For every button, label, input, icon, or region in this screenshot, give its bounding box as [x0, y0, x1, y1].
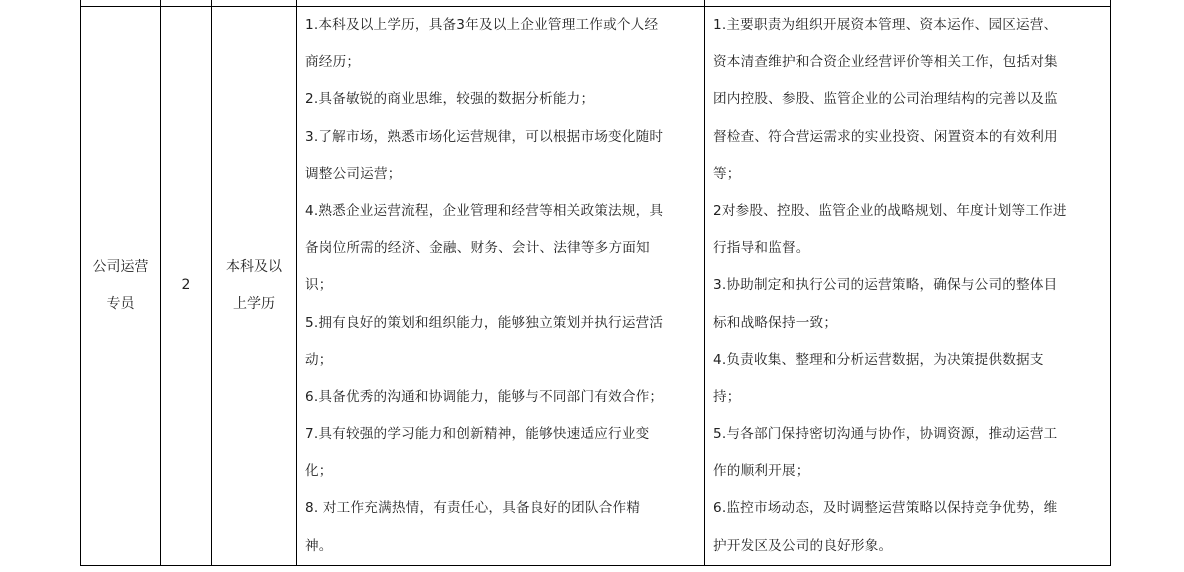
duty-line: 行指导和监督。 [713, 230, 1104, 267]
duty-line: 等； [713, 156, 1104, 193]
duty-line: 3.协助制定和执行公司的运营策略，确保与公司的整体目 [713, 267, 1104, 304]
requirement-line: 8. 对工作充满热情，有责任心，具备良好的团队合作精 [305, 490, 698, 527]
position-line: 专员 [81, 286, 160, 323]
duty-line: 持； [713, 379, 1104, 416]
requirement-line: 7.具有较强的学习能力和创新精神，能够快速适应行业变 [305, 416, 698, 453]
requirements-cell: 1.本科及以上学历，具备3年及以上企业管理工作或个人经商经历；2.具备敏锐的商业… [297, 7, 705, 566]
requirement-line: 商经历； [305, 44, 698, 81]
table-row: 公司运营 专员 2 本科及以 上学历 1.本科及以上学历，具备3年及以上企业管理… [81, 7, 1111, 566]
requirement-line: 化； [305, 453, 698, 490]
duty-line: 6.监控市场动态，及时调整运营策略以保持竞争优势，维 [713, 490, 1104, 527]
position-cell: 公司运营 专员 [81, 7, 161, 566]
duty-line: 5.与各部门保持密切沟通与协作，协调资源，推动运营工 [713, 416, 1104, 453]
headcount-cell: 2 [161, 7, 212, 566]
duty-line: 督检查、符合营运需求的实业投资、闲置资本的有效利用 [713, 119, 1104, 156]
requirement-line: 备岗位所需的经济、金融、财务、会计、法律等多方面知 [305, 230, 698, 267]
requirement-line: 4.熟悉企业运营流程，企业管理和经营等相关政策法规，具 [305, 193, 698, 230]
duty-line: 标和战略保持一致； [713, 305, 1104, 342]
requirement-line: 神。 [305, 528, 698, 565]
position-line: 公司运营 [81, 249, 160, 286]
requirement-line: 调整公司运营； [305, 156, 698, 193]
duty-line: 资本清查维护和合资企业经营评价等相关工作，包括对集 [713, 44, 1104, 81]
education-cell: 本科及以 上学历 [212, 7, 297, 566]
duty-line: 4.负责收集、整理和分析运营数据，为决策提供数据支 [713, 342, 1104, 379]
duties-cell: 1.主要职责为组织开展资本管理、资本运作、园区运营、资本清查维护和合资企业经营评… [705, 7, 1111, 566]
requirement-line: 3.了解市场，熟悉市场化运营规律，可以根据市场变化随时 [305, 119, 698, 156]
duty-line: 1.主要职责为组织开展资本管理、资本运作、园区运营、 [713, 7, 1104, 44]
requirement-line: 6.具备优秀的沟通和协调能力，能够与不同部门有效合作； [305, 379, 698, 416]
job-table: 公司运营 专员 2 本科及以 上学历 1.本科及以上学历，具备3年及以上企业管理… [80, 0, 1111, 566]
duty-line: 2对参股、控股、监管企业的战略规划、年度计划等工作进 [713, 193, 1104, 230]
duty-line: 团内控股、参股、监管企业的公司治理结构的完善以及监 [713, 81, 1104, 118]
education-line: 上学历 [212, 286, 296, 323]
education-line: 本科及以 [212, 249, 296, 286]
duty-line: 护开发区及公司的良好形象。 [713, 528, 1104, 565]
requirement-line: 2.具备敏锐的商业思维，较强的数据分析能力； [305, 81, 698, 118]
requirement-line: 1.本科及以上学历，具备3年及以上企业管理工作或个人经 [305, 7, 698, 44]
requirement-line: 动； [305, 342, 698, 379]
requirement-line: 识； [305, 267, 698, 304]
requirement-line: 5.拥有良好的策划和组织能力，能够独立策划并执行运营活 [305, 305, 698, 342]
duty-line: 作的顺利开展； [713, 453, 1104, 490]
